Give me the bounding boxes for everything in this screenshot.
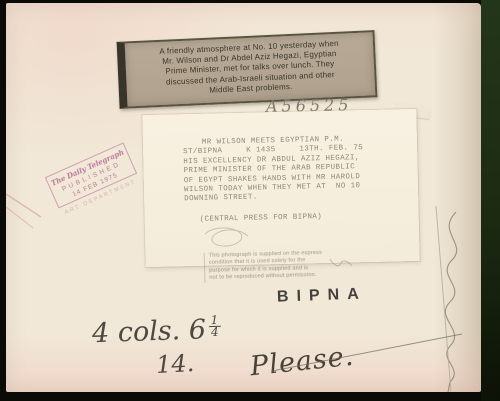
agency-handwriting: BIPNA bbox=[277, 285, 367, 306]
scan-background-strip bbox=[481, 0, 500, 401]
caption-credit: (CENTRAL PRESS FOR BIPNA) bbox=[185, 212, 365, 225]
fraction-one-quarter: 14 bbox=[208, 315, 220, 338]
fraction-denominator: 4 bbox=[209, 327, 221, 338]
typed-caption-text: MR WILSON MEETS EGYPTIAN P.M. ST/BIPNA K… bbox=[142, 110, 364, 226]
photo-verso-scan: A friendly atmosphere at No. 10 yesterda… bbox=[0, 0, 500, 401]
size-note-text: 4 cols. 6 bbox=[91, 314, 206, 349]
conditions-stamp: This photograph is supplied on the expre… bbox=[204, 249, 352, 282]
column-size-note: 4 cols. 614 bbox=[91, 314, 221, 349]
caption-photo-number: K 1435 bbox=[246, 147, 276, 157]
typed-caption-sheet: MR WILSON MEETS EGYPTIAN P.M. ST/BIPNA K… bbox=[142, 109, 419, 267]
page-number-note: 14. bbox=[155, 349, 195, 379]
